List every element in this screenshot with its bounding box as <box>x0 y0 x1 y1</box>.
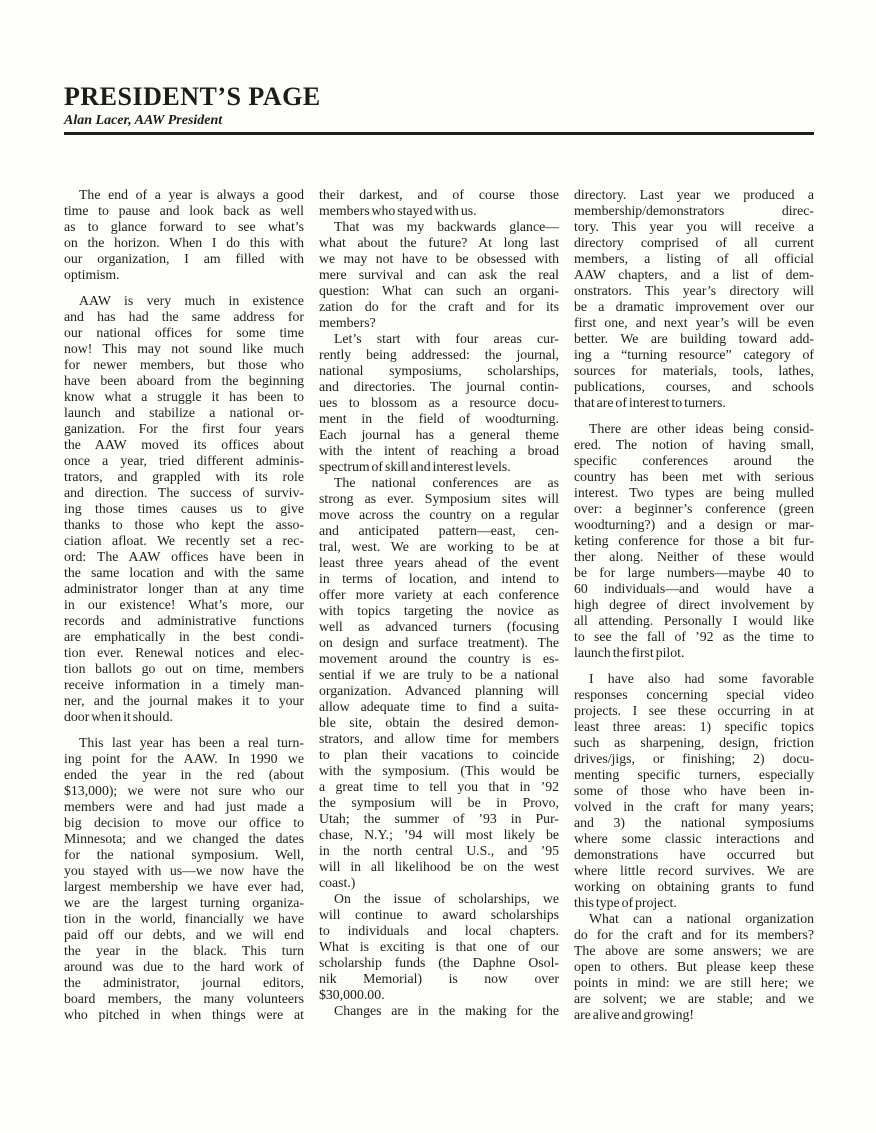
text-line: better. We are building toward add- <box>574 331 814 347</box>
text-line: least three areas: 1) specific topics <box>574 719 814 735</box>
paragraph: That was my backwards glance—what about … <box>319 219 559 331</box>
text-line: in terms of location, and intend to <box>319 571 559 587</box>
text-line: receive information in a timely man- <box>64 677 304 693</box>
text-line: and direction. The success of surviv- <box>64 485 304 501</box>
text-line: membership/demonstrators direc- <box>574 203 814 219</box>
paragraph: The end of a year is always a goodtime t… <box>64 187 304 283</box>
text-line: the symposium will be in Provo, <box>319 795 559 811</box>
text-line: that are of interest to turners. <box>574 395 814 411</box>
text-column-1: The end of a year is always a goodtime t… <box>64 187 304 1023</box>
text-line: know what a struggle it has been to <box>64 389 304 405</box>
text-line: and has had the same address for <box>64 309 304 325</box>
text-line: Utah; the summer of ’93 in Pur- <box>319 811 559 827</box>
text-line: where some classic interactions and <box>574 831 814 847</box>
text-line: Let’s start with four areas cur- <box>319 331 559 347</box>
text-line: the same location and with the same <box>64 565 304 581</box>
paragraph: The national conferences are asstrong as… <box>319 475 559 891</box>
text-line: There are other ideas being consid- <box>574 421 814 437</box>
text-line: ing a “turning resource” category of <box>574 347 814 363</box>
text-line: once a year, tried different adminis- <box>64 453 304 469</box>
text-line: ganization. For the first four years <box>64 421 304 437</box>
text-line: to plan their vacations to coincide <box>319 747 559 763</box>
text-line: publications, courses, and schools <box>574 379 814 395</box>
text-line: big decision to move our office to <box>64 815 304 831</box>
text-line: interest. Two types are being mulled <box>574 485 814 501</box>
text-line: strators, and allow time for members <box>319 731 559 747</box>
text-line: all attending. Personally I would like <box>574 613 814 629</box>
text-line: for the national symposium. Well, <box>64 847 304 863</box>
text-line: launch the first pilot. <box>574 645 814 661</box>
text-line: movement around the country is es- <box>319 651 559 667</box>
text-line: scholarship funds (the Daphne Osol- <box>319 955 559 971</box>
text-line: members? <box>319 315 559 331</box>
text-line: I have also had some favorable <box>574 671 814 687</box>
text-line: tion ever. Renewal notices and elec- <box>64 645 304 661</box>
text-column-2: their darkest, and of course thosemember… <box>319 187 559 1023</box>
paragraph: AAW is very much in existenceand has had… <box>64 293 304 725</box>
text-line: on design and surface treatment). The <box>319 635 559 651</box>
text-line: ended the year in the red (about <box>64 767 304 783</box>
paragraph: directory. Last year we produced amember… <box>574 187 814 411</box>
text-line: country has been met with serious <box>574 469 814 485</box>
text-line: sential if we are truly to be a national <box>319 667 559 683</box>
text-line: records and administrative functions <box>64 613 304 629</box>
text-line: this type of project. <box>574 895 814 911</box>
text-line: for newer members, but those who <box>64 357 304 373</box>
text-line: be a dramatic improvement over our <box>574 299 814 315</box>
text-line: open to others. But please keep these <box>574 959 814 975</box>
text-line: time to pause and look back as well <box>64 203 304 219</box>
text-line: move across the country on a regular <box>319 507 559 523</box>
paragraph: What can a national organizationdo for t… <box>574 911 814 1023</box>
text-line: board members, the many volunteers <box>64 991 304 1007</box>
text-line: Minnesota; and we changed the dates <box>64 831 304 847</box>
text-line: working on obtaining grants to fund <box>574 879 814 895</box>
text-line: first one, and next year’s will be even <box>574 315 814 331</box>
byline: Alan Lacer, AAW President <box>64 113 814 128</box>
text-line: our national offices for some time <box>64 325 304 341</box>
paragraph: Changes are in the making for the <box>319 1003 559 1019</box>
text-line: That was my backwards glance— <box>319 219 559 235</box>
text-line: AAW is very much in existence <box>64 293 304 309</box>
text-line: tion in the world, financially we have <box>64 911 304 927</box>
text-line: and anticipated pattern—east, cen- <box>319 523 559 539</box>
text-line: strong as ever. Symposium sites will <box>319 491 559 507</box>
text-line: directory. Last year we produced a <box>574 187 814 203</box>
text-line: demonstrations have occurred but <box>574 847 814 863</box>
header-divider <box>64 132 814 135</box>
text-line: members, a listing of all official <box>574 251 814 267</box>
text-line: ord: The AAW offices have been in <box>64 549 304 565</box>
text-line: we are the largest turning organiza- <box>64 895 304 911</box>
text-line: such as sharpening, design, friction <box>574 735 814 751</box>
text-line: some of those who have been in- <box>574 783 814 799</box>
text-line: now! This may not sound like much <box>64 341 304 357</box>
text-line: ues to blossom as a resource docu- <box>319 395 559 411</box>
text-line: What is exciting is that one of our <box>319 939 559 955</box>
text-line: volved in the craft for many years; <box>574 799 814 815</box>
text-line: to individuals and local chapters. <box>319 923 559 939</box>
text-line: to see the fall of ’92 as the time to <box>574 629 814 645</box>
article-body: The end of a year is always a goodtime t… <box>64 187 814 1023</box>
text-line: sources for materials, tools, lathes, <box>574 363 814 379</box>
text-line: will continue to award scholarships <box>319 907 559 923</box>
text-line: tory. This year you will receive a <box>574 219 814 235</box>
text-line: the AAW moved its offices about <box>64 437 304 453</box>
text-line: members were and had just made a <box>64 799 304 815</box>
text-line: are solvent; we are stable; and we <box>574 991 814 1007</box>
text-line: rently being addressed: the journal, <box>319 347 559 363</box>
text-line: where little record survives. We are <box>574 863 814 879</box>
text-line: be for large numbers—maybe 40 to <box>574 565 814 581</box>
text-line: question: What can such an organi- <box>319 283 559 299</box>
text-line: members who stayed with us. <box>319 203 559 219</box>
text-line: mere survival and can ask the real <box>319 267 559 283</box>
text-line: allow adequate time to find a suita- <box>319 699 559 715</box>
text-line: ered. The notion of having small, <box>574 437 814 453</box>
text-line: have been aboard from the beginning <box>64 373 304 389</box>
text-line: are emphatically in the best condi- <box>64 629 304 645</box>
text-line: trators, and grappled with its role <box>64 469 304 485</box>
text-line: chase, N.Y.; ’94 will most likely be <box>319 827 559 843</box>
text-line: Each journal has a general theme <box>319 427 559 443</box>
paragraph: I have also had some favorableresponses … <box>574 671 814 911</box>
text-line: optimism. <box>64 267 304 283</box>
text-line: directory comprised of all current <box>574 235 814 251</box>
text-line: their darkest, and of course those <box>319 187 559 203</box>
text-line: ther along. Neither of these would <box>574 549 814 565</box>
text-line: do for the craft and for its members? <box>574 927 814 943</box>
text-line: on the horizon. When I do this with <box>64 235 304 251</box>
text-line: our organization, I am filled with <box>64 251 304 267</box>
text-line: AAW chapters, and a list of dem- <box>574 267 814 283</box>
text-line: Changes are in the making for the <box>319 1003 559 1019</box>
text-line: you stayed with us—we now have the <box>64 863 304 879</box>
text-line: organization. Advanced planning will <box>319 683 559 699</box>
text-line: specific conferences around the <box>574 453 814 469</box>
document-page: PRESIDENT’S PAGE Alan Lacer, AAW Preside… <box>0 0 876 1133</box>
paragraph: This last year has been a real turn-ing … <box>64 735 304 1023</box>
text-line: national symposiums, scholarships, <box>319 363 559 379</box>
text-line: thanks to those who kept the asso- <box>64 517 304 533</box>
text-line: onstrators. This year’s directory will <box>574 283 814 299</box>
text-line: ner, and the journal makes it to your <box>64 693 304 709</box>
text-line: zation do for the craft and for its <box>319 299 559 315</box>
text-line: responses concerning special video <box>574 687 814 703</box>
text-column-3: directory. Last year we produced amember… <box>574 187 814 1023</box>
text-line: nik Memorial) is now over <box>319 971 559 987</box>
text-line: menting specific turners, especially <box>574 767 814 783</box>
text-line: $13,000); we were not sure who our <box>64 783 304 799</box>
text-line: well as advanced turners (focusing <box>319 619 559 635</box>
text-line: spectrum of skill and interest levels. <box>319 459 559 475</box>
text-line: a great time to tell you that in ’92 <box>319 779 559 795</box>
text-line: ing point for the AAW. In 1990 we <box>64 751 304 767</box>
text-line: with the intent of reaching a broad <box>319 443 559 459</box>
text-line: are alive and growing! <box>574 1007 814 1023</box>
text-line: largest membership we have ever had, <box>64 879 304 895</box>
paragraph: There are other ideas being consid-ered.… <box>574 421 814 661</box>
text-line: the year in the black. This turn <box>64 943 304 959</box>
text-line: tral, west. We are working to be at <box>319 539 559 555</box>
text-line: in the north central U.S., and ’95 <box>319 843 559 859</box>
text-line: will in all likelihood be on the west <box>319 859 559 875</box>
text-line: with topics targeting the novice as <box>319 603 559 619</box>
text-line: what about the future? At long last <box>319 235 559 251</box>
text-line: This last year has been a real turn- <box>64 735 304 751</box>
text-line: drives/jigs, or finishing; 2) docu- <box>574 751 814 767</box>
text-line: and directories. The journal contin- <box>319 379 559 395</box>
text-line: administrator longer than at any time <box>64 581 304 597</box>
text-line: On the issue of scholarships, we <box>319 891 559 907</box>
text-line: keting conference for those a bit fur- <box>574 533 814 549</box>
text-line: ment in the field of woodturning. <box>319 411 559 427</box>
paragraph: Let’s start with four areas cur-rently b… <box>319 331 559 475</box>
text-line: ble site, obtain the desired demon- <box>319 715 559 731</box>
page-title: PRESIDENT’S PAGE <box>64 84 814 110</box>
text-line: projects. I see these occurring in at <box>574 703 814 719</box>
text-line: 60 individuals—and would have a <box>574 581 814 597</box>
text-line: high degree of direct involvement by <box>574 597 814 613</box>
text-line: least three years ahead of the event <box>319 555 559 571</box>
text-line: tion ballots go out on time, members <box>64 661 304 677</box>
text-line: the administrator, journal editors, <box>64 975 304 991</box>
text-line: and 3) the national symposiums <box>574 815 814 831</box>
text-line: paid off our debts, and we will end <box>64 927 304 943</box>
text-line: door when it should. <box>64 709 304 725</box>
text-line: offer more variety at each conference <box>319 587 559 603</box>
text-line: as to glance forward to see what’s <box>64 219 304 235</box>
text-line: around was due to the hard work of <box>64 959 304 975</box>
text-line: $30,000.00. <box>319 987 559 1003</box>
text-line: woodturning?) and a design or mar- <box>574 517 814 533</box>
text-line: The end of a year is always a good <box>64 187 304 203</box>
text-line: The national conferences are as <box>319 475 559 491</box>
paragraph: their darkest, and of course thosemember… <box>319 187 559 219</box>
text-line: The above are some answers; we are <box>574 943 814 959</box>
paragraph: On the issue of scholarships, wewill con… <box>319 891 559 1003</box>
text-line: we may not have to be obsessed with <box>319 251 559 267</box>
text-line: over: a beginner’s conference (green <box>574 501 814 517</box>
text-line: coast.) <box>319 875 559 891</box>
text-line: who pitched in when things were at <box>64 1007 304 1023</box>
text-line: What can a national organization <box>574 911 814 927</box>
text-line: ing those times causes us to give <box>64 501 304 517</box>
text-line: points in mind: we are still here; we <box>574 975 814 991</box>
text-line: with the symposium. (This would be <box>319 763 559 779</box>
text-line: in our existence! What’s more, our <box>64 597 304 613</box>
text-line: ciation afloat. We recently set a rec- <box>64 533 304 549</box>
text-line: launch and stabilize a national or- <box>64 405 304 421</box>
masthead: PRESIDENT’S PAGE Alan Lacer, AAW Preside… <box>64 84 814 135</box>
